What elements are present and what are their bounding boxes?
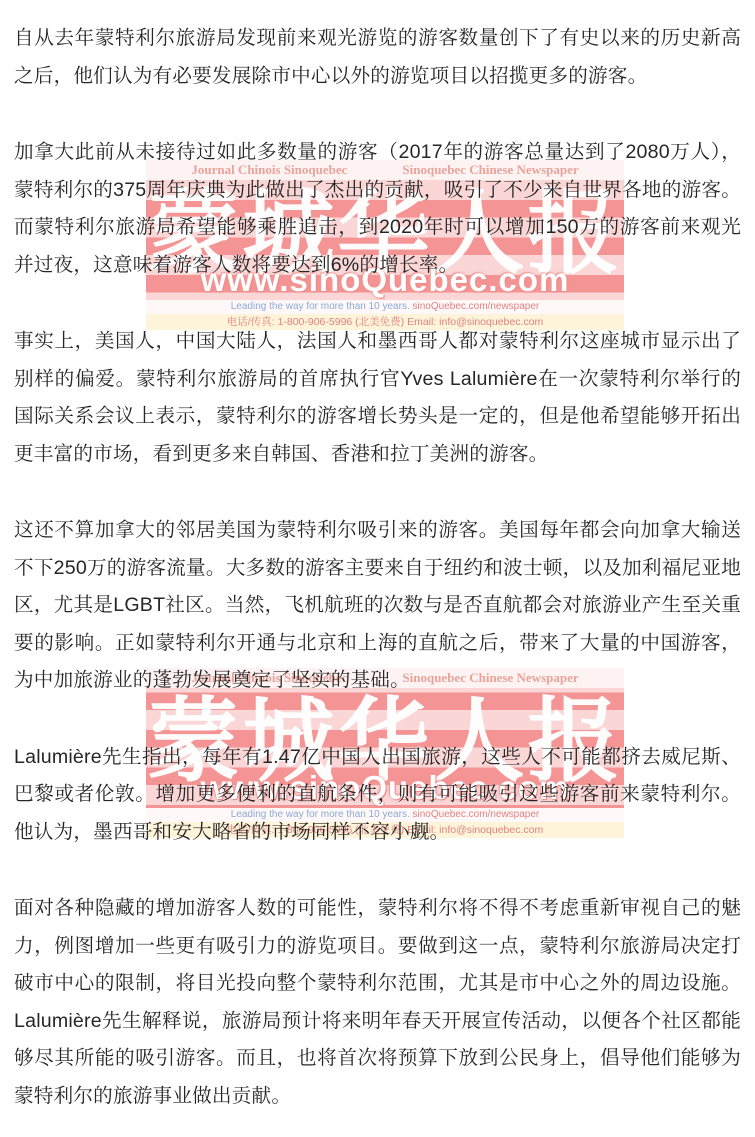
article-paragraph: 自从去年蒙特利尔旅游局发现前来观光游览的游客数量创下了有史以来的历史新高之后，他…	[14, 20, 741, 95]
article-paragraph: 加拿大此前从未接待过如此多数量的游客（2017年的游客总量达到了2080万人），…	[14, 134, 741, 284]
article-paragraph: Lalumière先生指出，每年有1.47亿中国人出国旅游，这些人不可能都挤去威…	[14, 739, 741, 852]
article-paragraph: 面对各种隐藏的增加游客人数的可能性，蒙特利尔将不得不考虑重新审视自己的魅力，例图…	[14, 890, 741, 1115]
article-page: Journal Chinois Sinoquebec Sinoquebec Ch…	[0, 0, 755, 1137]
article-paragraph: 事实上，美国人，中国大陆人，法国人和墨西哥人都对蒙特利尔这座城市显示出了别样的偏…	[14, 323, 741, 473]
article-paragraph: 这还不算加拿大的邻居美国为蒙特利尔吸引来的游客。美国每年都会向加拿大输送不下25…	[14, 512, 741, 700]
article-body: 自从去年蒙特利尔旅游局发现前来观光游览的游客数量创下了有史以来的历史新高之后，他…	[0, 0, 755, 1115]
